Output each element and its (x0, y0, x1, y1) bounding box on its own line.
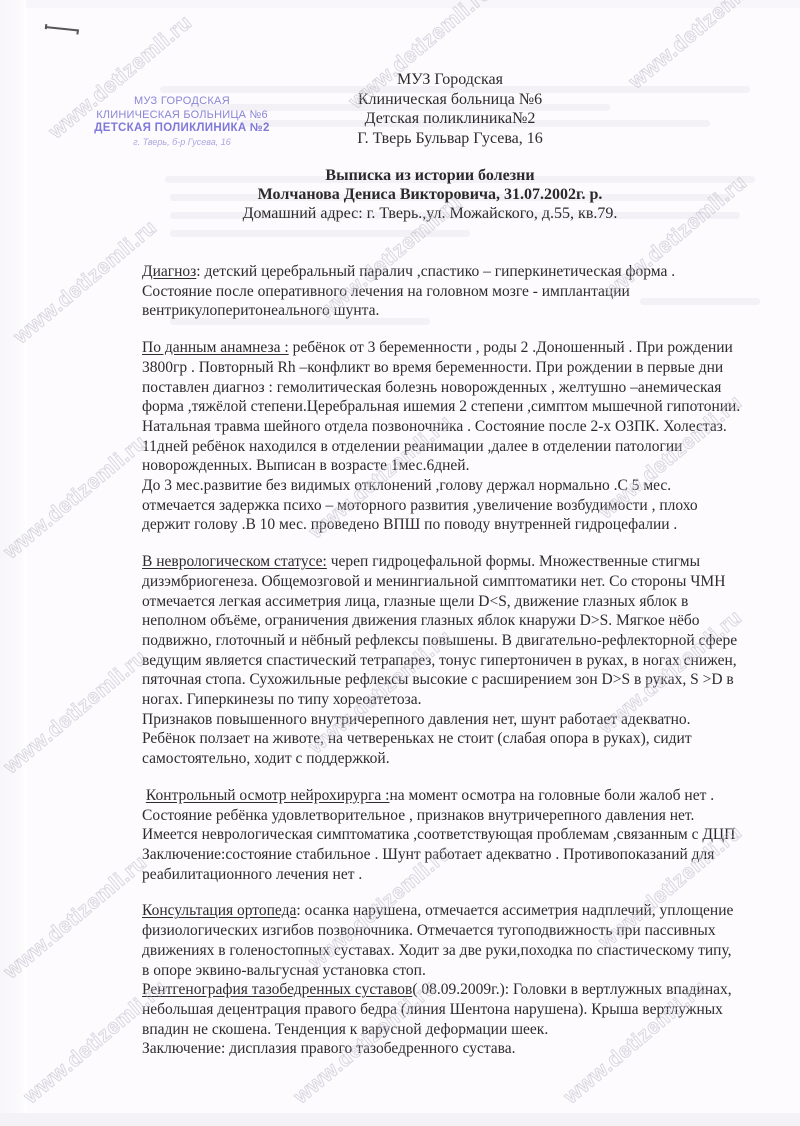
text-line: вентрикулоперитонеального шунта. (142, 301, 782, 321)
text-line: ногах. Гиперкинезы по типу хореоатетоза. (142, 690, 782, 710)
text-line: самостоятельно, ходит с поддержкой. (142, 749, 782, 769)
text-line: Признаков повышенного внутричерепного да… (142, 710, 782, 730)
text-line: ведущим является спастический тетрапарез… (142, 651, 782, 671)
text-line: пяточная стопа. Сухожильные рефлексы выс… (142, 670, 782, 690)
text-line: : детский церебральный паралич ,спастико… (196, 263, 675, 280)
document-title: Выписка из истории болезни (150, 166, 710, 185)
institution-line: Г. Тверь Бульвар Гусева, 16 (300, 129, 600, 149)
stamp-line-4: г. Тверь, б-р Гусева, 16 (82, 136, 282, 150)
text-line: на момент осмотра на головные боли жалоб… (389, 787, 714, 804)
stamp-line-2: КЛИНИЧЕСКАЯ БОЛЬНИЦА №6 (82, 109, 282, 123)
institution-line: Клиническая больница №6 (300, 90, 600, 110)
institution-line: Детская поликлиника№2 (300, 109, 600, 129)
text-line: впадин не скошена. Тенденция к варусной … (142, 1020, 782, 1040)
section-anamnesis: По данным анамнеза : ребёнок от 3 береме… (142, 338, 782, 535)
text-line: физиологических изгибов позвоночника. От… (142, 921, 782, 941)
text-line: ( 08.09.2009г.): Головки в вертлужных вп… (412, 981, 731, 998)
text-line: движениях в голеностопных суставах. Ходи… (142, 941, 782, 961)
text-line: Заключение:состояние стабильное . Шунт р… (142, 845, 782, 865)
text-line: ребёнок от 3 беременности , роды 2 .Доно… (289, 339, 733, 356)
section-xray: Рентгенография тазобедренных суставов( 0… (142, 980, 782, 1059)
scan-edge-left (0, 0, 26, 1126)
text-line: новорожденных. Выписан в возрасте 1мес.6… (142, 456, 782, 476)
text-line: 11дней ребёнок находился в отделении реа… (142, 437, 782, 457)
section-label: По данным анамнеза : (142, 339, 289, 356)
section-label: Консультация ортопеда (142, 902, 296, 919)
section-neurological-status: В неврологическом статусе: череп гидроце… (142, 552, 782, 769)
text-line: форма ,тяжёлой степени.Церебральная ишем… (142, 397, 782, 417)
section-label: Контрольный осмотр нейрохирурга : (146, 787, 390, 804)
section-orthopedist: Консультация ортопеда: осанка нарушена, … (142, 901, 782, 980)
text-line: : осанка нарушена, отмечается ассиметрия… (296, 902, 733, 919)
text-line: отмечается задержка психо – моторного ра… (142, 496, 782, 516)
text-line: Заключение: дисплазия правого тазобедрен… (142, 1039, 782, 1059)
section-diagnosis: Диагноз: детский церебральный паралич ,с… (142, 262, 782, 321)
section-label: В неврологическом статусе: (142, 553, 327, 570)
text-line: в опоре эквино-вальгусная установка стоп… (142, 961, 782, 981)
document-title-block: Выписка из истории болезни Молчанова Ден… (150, 166, 710, 223)
text-line: До 3 мес.развитие без видимых отклонений… (142, 476, 782, 496)
text-line: Ребёнок ползает на животе, на четвереньк… (142, 729, 782, 749)
text-line: череп гидроцефальной формы. Множественны… (327, 553, 700, 570)
text-line: Состояние после оперативного лечения на … (142, 282, 782, 302)
institution-line: МУЗ Городская (300, 70, 600, 90)
text-line: небольшая децентрация правого бедра (лин… (142, 1000, 782, 1020)
patient-name: Молчанова Дениса Викторовича, 31.07.2002… (150, 185, 710, 204)
document-body: Диагноз: детский церебральный паралич ,с… (142, 262, 782, 1059)
stamp-line-3: ДЕТСКАЯ ПОЛИКЛИНИКА №2 (82, 122, 282, 136)
institution-header: МУЗ Городская Клиническая больница №6 Де… (300, 70, 600, 148)
text-line: реабилитационного лечения нет . (142, 865, 782, 885)
text-line: держит голову .В 10 мес. проведено ВПШ п… (142, 515, 782, 535)
text-line: Состояние ребёнка удовлетворительное , п… (142, 806, 782, 826)
scan-edge-top (0, 0, 800, 8)
text-line: дизэмбриогенеза. Общемозговой и менингиа… (142, 572, 782, 592)
section-neurosurgeon: Контрольный осмотр нейрохирурга :на моме… (142, 786, 782, 885)
scan-edge-bottom (0, 1113, 800, 1126)
home-address: Домашний адрес: г. Тверь.,ул. Можайского… (150, 204, 710, 223)
text-line: неполном объёме, ограничения движения гл… (142, 611, 782, 631)
stamp-line-1: МУЗ ГОРОДСКАЯ (82, 95, 282, 109)
text-line: 3800гр . Повторный Rh –конфликт во время… (142, 358, 782, 378)
text-line: Натальная травма шейного отдела позвоноч… (142, 417, 782, 437)
text-line: поставлен диагноз : гемолитическая болез… (142, 378, 782, 398)
section-label: Диагноз (142, 263, 196, 280)
text-line: отмечается легкая ассиметрия лица, глазн… (142, 592, 782, 612)
section-label: Рентгенография тазобедренных суставов (142, 981, 412, 998)
text-line: Имеется неврологическая симптоматика ,со… (142, 825, 782, 845)
text-line: подвижно, глоточный и нёбный рефлексы по… (142, 631, 782, 651)
institution-stamp: МУЗ ГОРОДСКАЯ КЛИНИЧЕСКАЯ БОЛЬНИЦА №6 ДЕ… (82, 95, 282, 149)
